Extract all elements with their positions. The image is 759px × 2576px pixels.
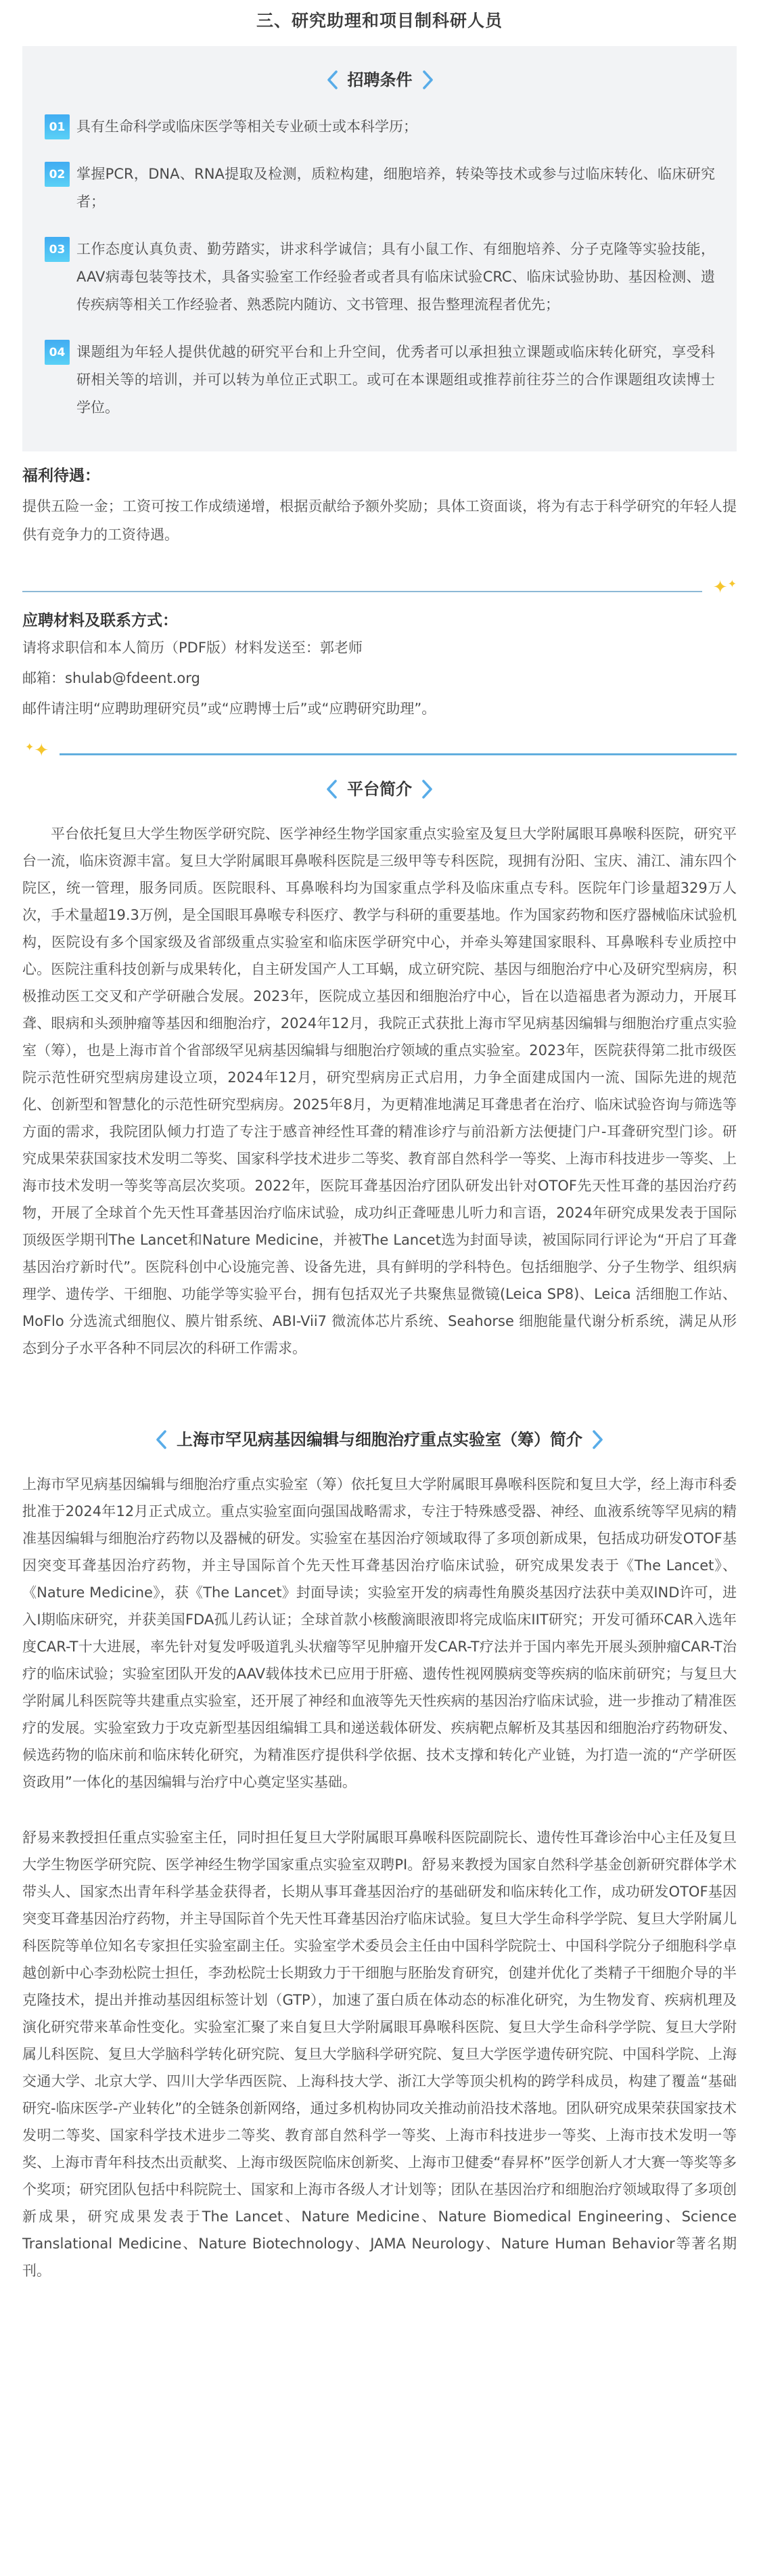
angle-bracket-right-icon	[421, 779, 433, 799]
item-number-badge: 04	[45, 340, 70, 365]
application-heading: 应聘材料及联系方式：	[22, 608, 737, 633]
divider-line	[22, 591, 702, 592]
angle-bracket-right-icon	[422, 70, 434, 90]
item-number-badge: 03	[45, 237, 70, 262]
item-number-badge: 02	[45, 162, 70, 187]
benefits-body: 提供五险一金；工资可按工作成绩递增，根据贡献给予额外奖励；具体工资面谈，将为有志…	[22, 492, 737, 549]
email-address: shulab@fdeent.org	[65, 670, 200, 686]
application-instruction: 请将求职信和本人简历（PDF版）材料发送至：郭老师	[22, 633, 737, 663]
lab-intro-paragraph-1: 上海市罕见病基因编辑与细胞治疗重点实验室（筹）依托复旦大学附属眼耳鼻喉科医院和复…	[22, 1471, 737, 1796]
lab-intro-header: 上海市罕见病基因编辑与细胞治疗重点实验室（筹）简介	[22, 1426, 737, 1453]
requirement-text: 工作态度认真负责、勤劳踏实，讲求科学诚信；具有小鼠工作、有细胞培养、分子克隆等实…	[76, 236, 715, 319]
page-title: 三、研究助理和项目制科研人员	[22, 9, 737, 32]
recruitment-notice-page: 三、研究助理和项目制科研人员 招聘条件 01 具有生命科学或临床医学等相关专业硕…	[0, 0, 759, 2325]
angle-bracket-left-icon	[156, 1429, 167, 1450]
sparkle-icon: ✦✦	[713, 579, 737, 596]
section-header-label: 上海市罕见病基因编辑与细胞治疗重点实验室（筹）简介	[177, 1426, 582, 1453]
platform-intro-paragraph: 平台依托复旦大学生物医学研究院、医学神经生物学国家重点实验室及复旦大学附属眼耳鼻…	[22, 820, 737, 1362]
requirement-text: 掌握PCR，DNA、RNA提取及检测，质粒构建，细胞培养，转染等技术或参与过临床…	[76, 160, 715, 216]
angle-bracket-left-icon	[327, 70, 338, 90]
requirement-item: 03 工作态度认真负责、勤劳踏实，讲求科学诚信；具有小鼠工作、有细胞培养、分子克…	[45, 236, 715, 319]
item-number-badge: 01	[45, 114, 70, 139]
angle-bracket-right-icon	[592, 1429, 603, 1450]
recruitment-conditions-header: 招聘条件	[45, 66, 715, 93]
requirement-text: 课题组为年轻人提供优越的研究平台和上升空间，优秀者可以承担独立课题或临床转化研究…	[76, 338, 715, 422]
lab-intro-paragraph-2: 舒易来教授担任重点实验室主任，同时担任复旦大学附属眼耳鼻喉科医院副院长、遗传性耳…	[22, 1824, 737, 2284]
requirement-item: 01 具有生命科学或临床医学等相关专业硕士或本科学历；	[45, 113, 715, 141]
angle-bracket-left-icon	[326, 779, 338, 799]
section-divider: ✦✦	[22, 736, 737, 759]
section-header-label: 平台简介	[347, 776, 412, 803]
platform-intro-header: 平台简介	[22, 776, 737, 803]
application-subject-note: 邮件请注明“应聘助理研究员”或“应聘博士后”或“应聘研究助理”。	[22, 694, 737, 724]
sparkle-icon: ✦✦	[25, 742, 49, 759]
benefits-heading: 福利待遇：	[22, 464, 737, 488]
email-label: 邮箱：	[22, 670, 65, 686]
divider-line	[60, 753, 737, 755]
section-divider: ✦✦	[22, 573, 737, 596]
requirement-item: 02 掌握PCR，DNA、RNA提取及检测，质粒构建，细胞培养，转染等技术或参与…	[45, 160, 715, 216]
application-email-line: 邮箱：shulab@fdeent.org	[22, 663, 737, 694]
recruitment-conditions-card: 招聘条件 01 具有生命科学或临床医学等相关专业硕士或本科学历； 02 掌握PC…	[22, 46, 737, 451]
requirement-text: 具有生命科学或临床医学等相关专业硕士或本科学历；	[76, 113, 417, 141]
section-header-label: 招聘条件	[348, 66, 413, 93]
requirement-item: 04 课题组为年轻人提供优越的研究平台和上升空间，优秀者可以承担独立课题或临床转…	[45, 338, 715, 422]
